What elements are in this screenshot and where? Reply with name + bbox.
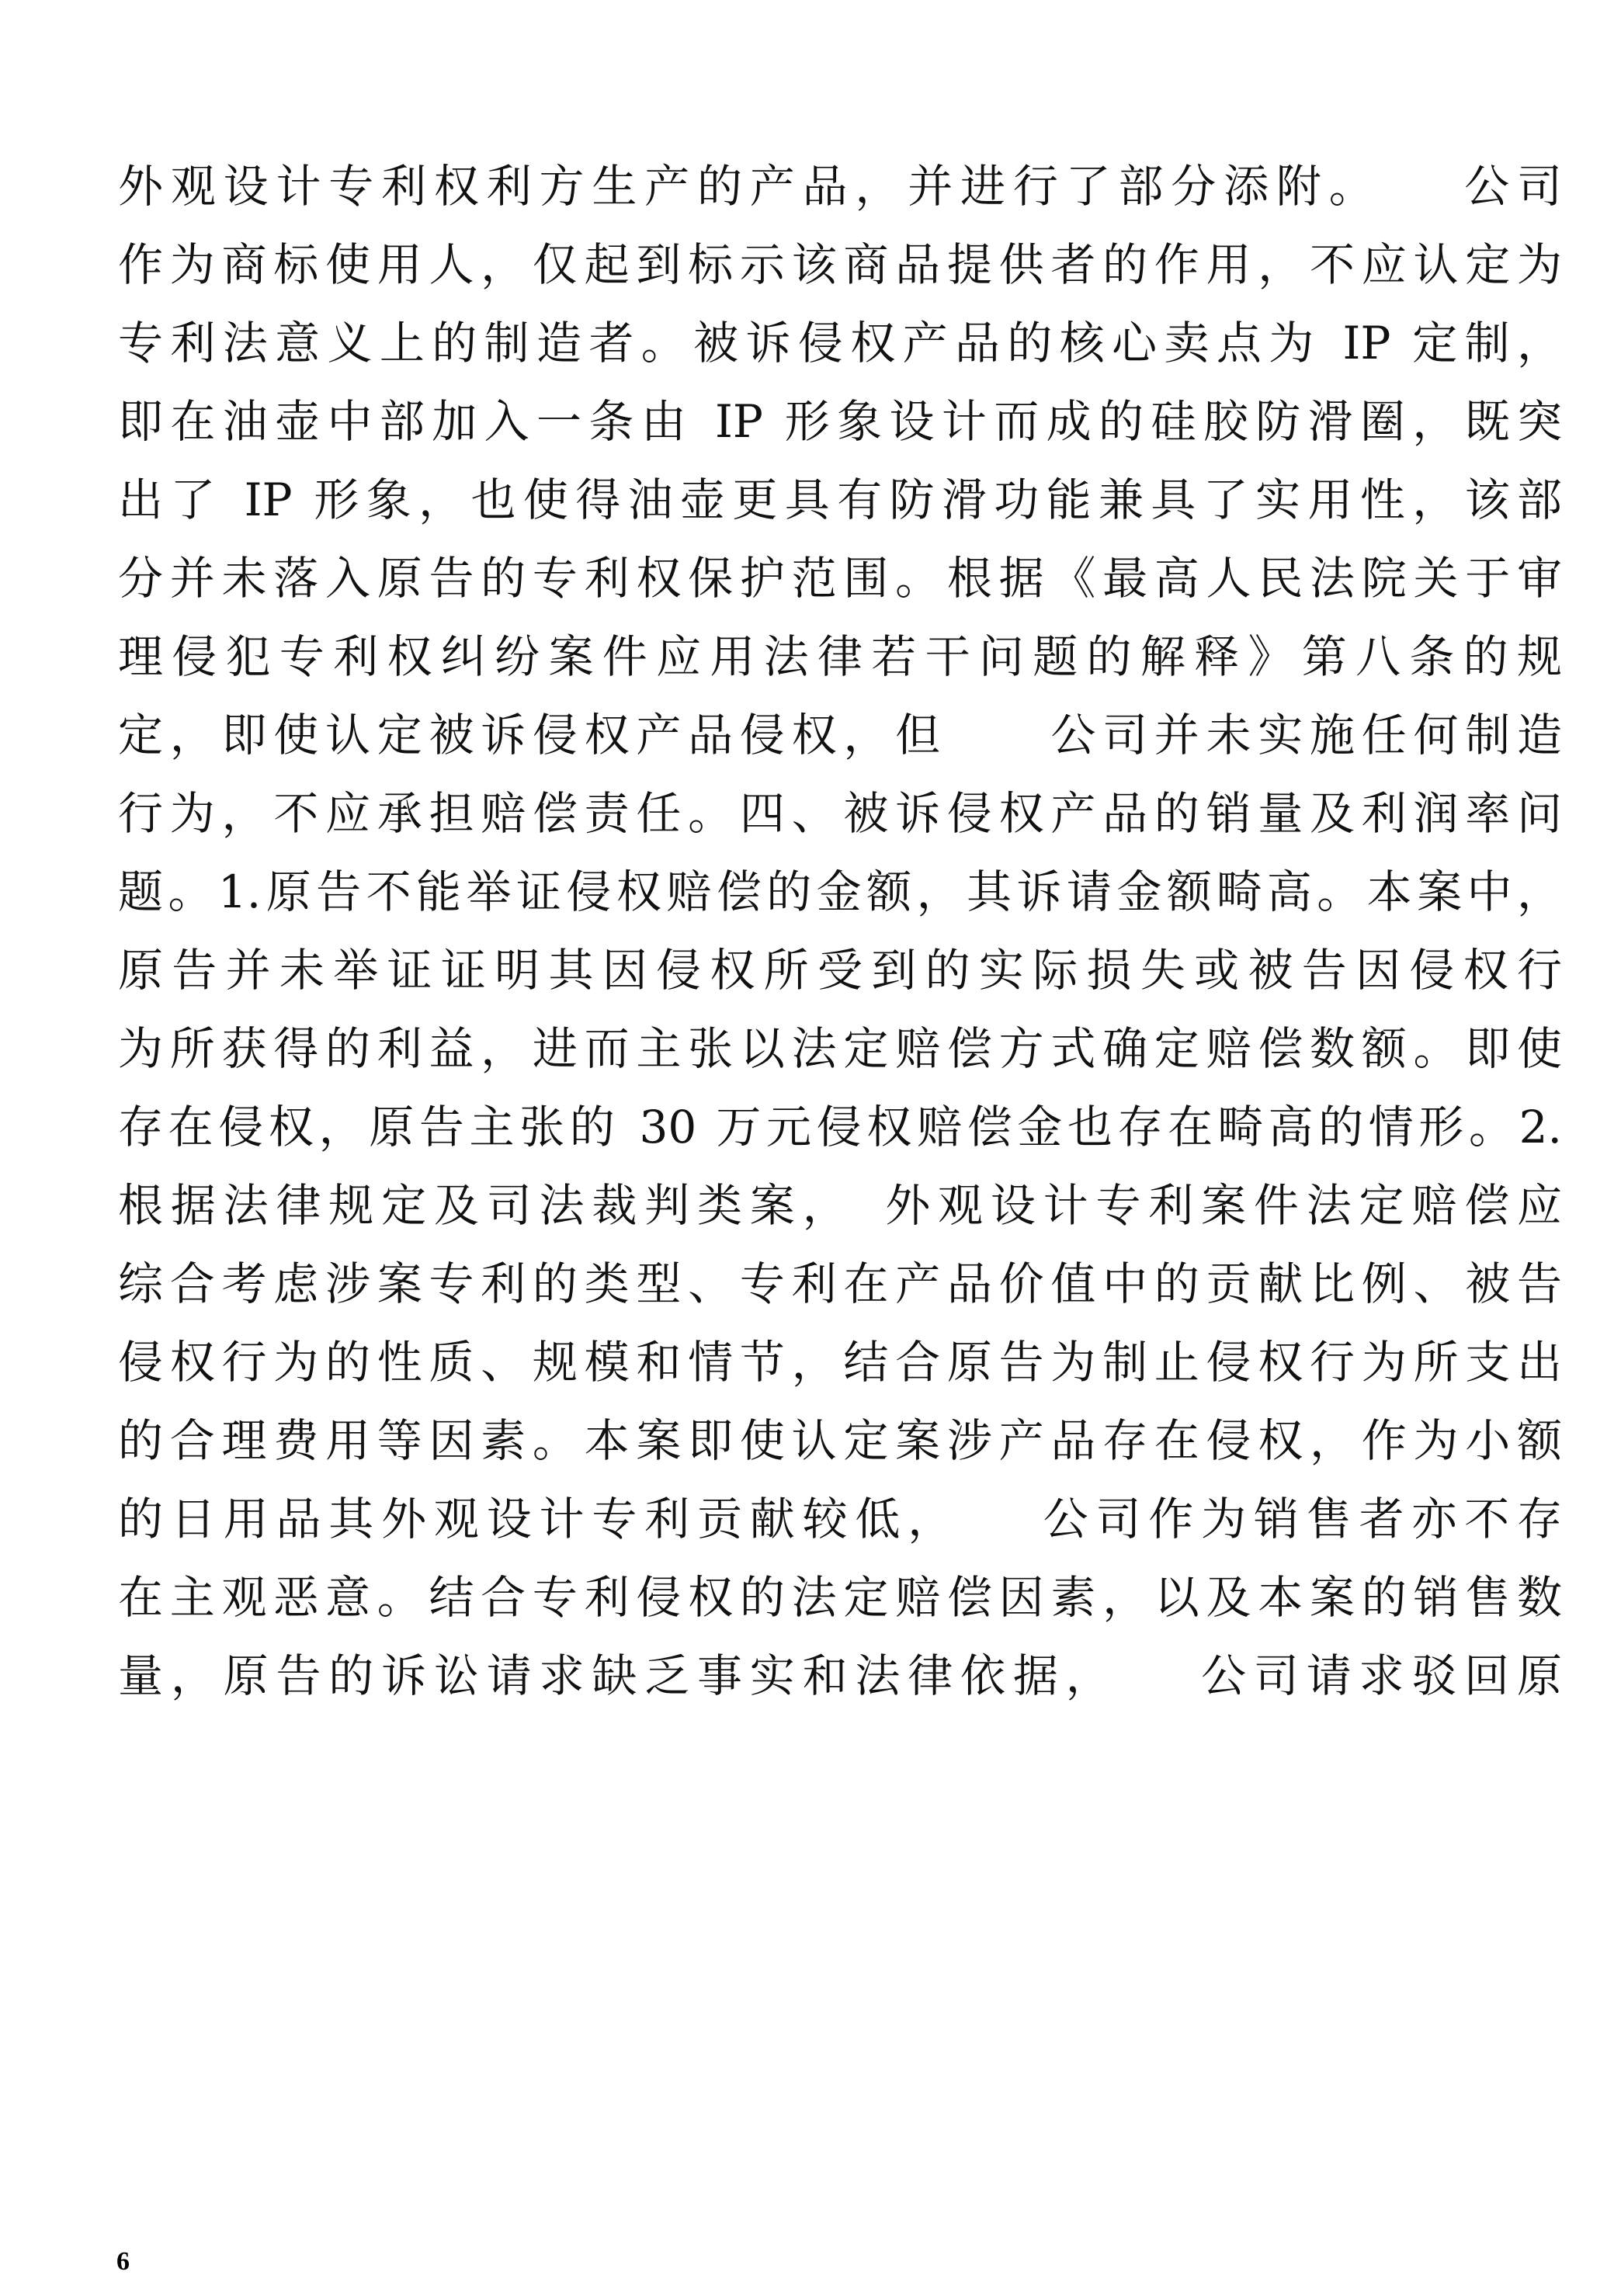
text-line: 作为商标使用人，仅起到标示该商品提供者的作用，不应认定为 <box>118 226 1562 303</box>
text-line: 综合考虑涉案专利的类型、专利在产品价值中的贡献比例、被告 <box>118 1245 1562 1323</box>
text-line: 侵权行为的性质、规模和情节，结合原告为制止侵权行为所支出 <box>118 1323 1562 1401</box>
text-line: 分并未落入原告的专利权保护范围。根据《最高人民法院关于审 <box>118 539 1562 617</box>
text-line: 存在侵权，原告主张的 30 万元侵权赔偿金也存在畸高的情形。2. <box>118 1088 1562 1166</box>
text-line: 量，原告的诉讼请求缺乏事实和法律依据， 公司请求驳回原 <box>118 1637 1562 1715</box>
text-line: 定，即使认定被诉侵权产品侵权，但 公司并未实施任何制造 <box>118 696 1562 774</box>
text-line: 在主观恶意。结合专利侵权的法定赔偿因素，以及本案的销售数 <box>118 1559 1562 1636</box>
text-line: 原告并未举证证明其因侵权所受到的实际损失或被告因侵权行 <box>118 931 1562 1009</box>
text-line: 专利法意义上的制造者。被诉侵权产品的核心卖点为 IP 定制， <box>118 304 1562 382</box>
text-line: 为所获得的利益，进而主张以法定赔偿方式确定赔偿数额。即使 <box>118 1010 1562 1087</box>
text-line: 即在油壶中部加入一条由 IP 形象设计而成的硅胶防滑圈，既突 <box>118 383 1562 460</box>
page-number: 6 <box>116 2247 130 2277</box>
text-line: 出了 IP 形象，也使得油壶更具有防滑功能兼具了实用性，该部 <box>118 461 1562 539</box>
text-line: 的合理费用等因素。本案即使认定案涉产品存在侵权，作为小额 <box>118 1402 1562 1479</box>
text-line: 根据法律规定及司法裁判类案， 外观设计专利案件法定赔偿应 <box>118 1167 1562 1244</box>
document-page: 外观设计专利权利方生产的产品，并进行了部分添附。 公司 作为商标使用人，仅起到标… <box>0 0 1621 2296</box>
text-line: 外观设计专利权利方生产的产品，并进行了部分添附。 公司 <box>118 147 1562 225</box>
text-line: 的日用品其外观设计专利贡献较低， 公司作为销售者亦不存 <box>118 1480 1562 1558</box>
text-line: 题。1.原告不能举证侵权赔偿的金额，其诉请金额畸高。本案中， <box>118 853 1562 931</box>
text-line: 理侵犯专利权纠纷案件应用法律若干问题的解释》第八条的规 <box>118 618 1562 695</box>
text-line: 行为，不应承担赔偿责任。四、被诉侵权产品的销量及利润率问 <box>118 775 1562 852</box>
